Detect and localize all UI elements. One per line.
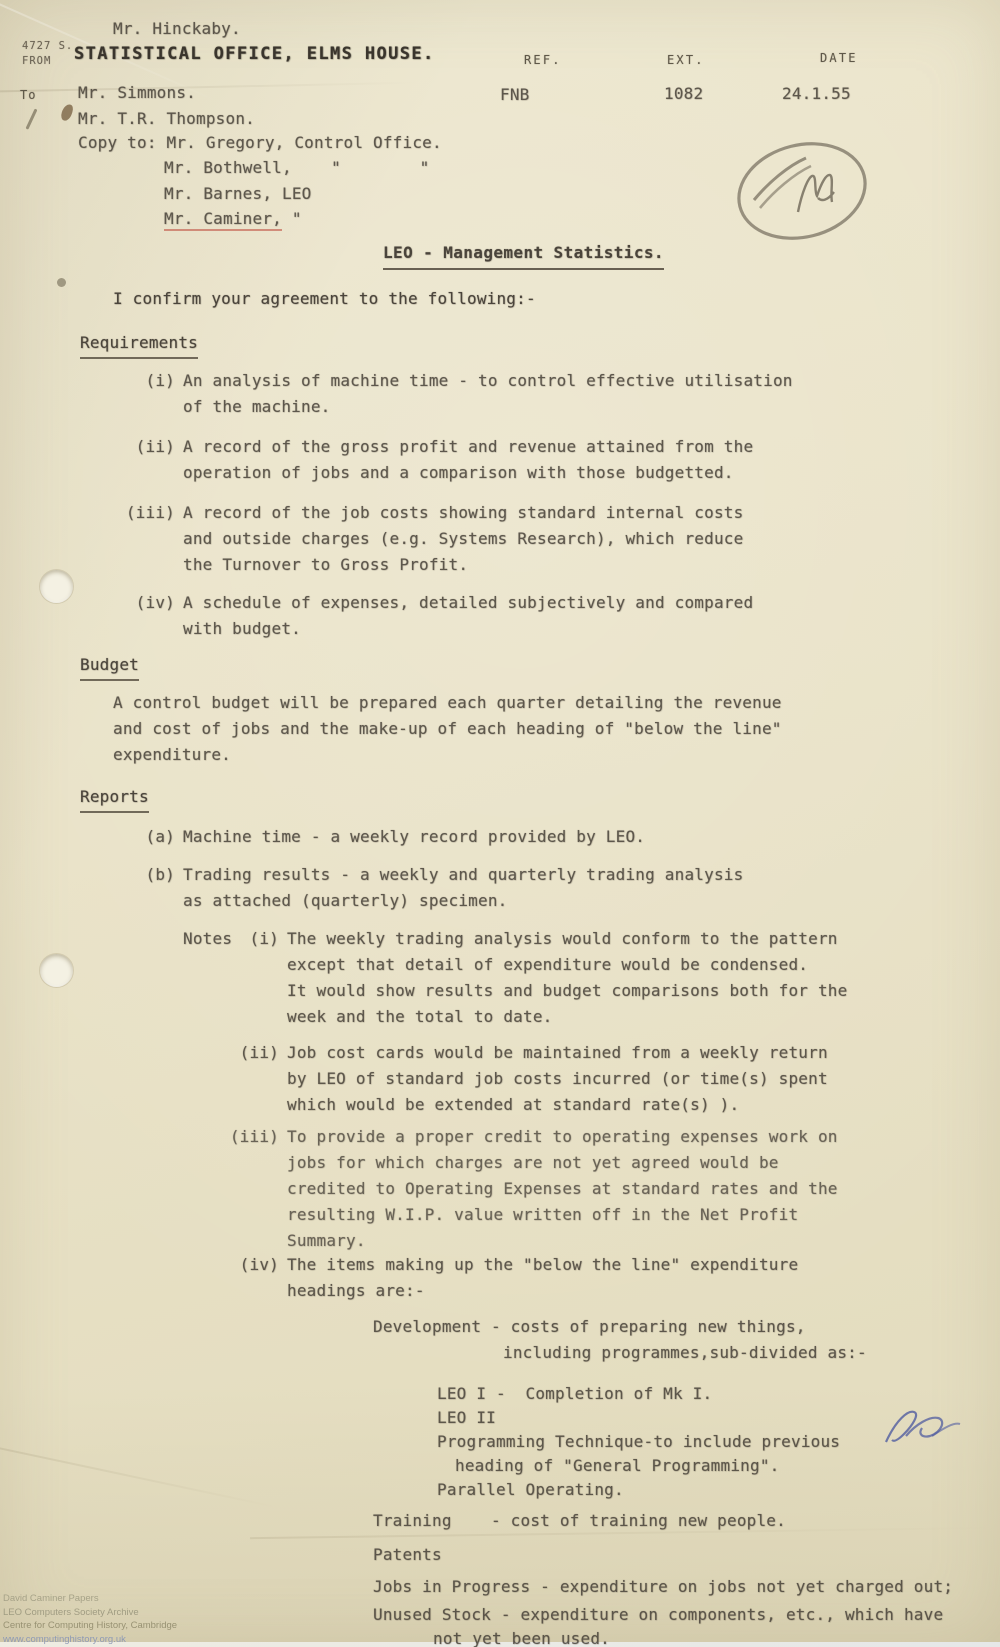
intro-line: I confirm your agreement to the followin… xyxy=(113,286,536,312)
text-line: expenditure. xyxy=(113,742,782,768)
text-line: jobs for which charges are not yet agree… xyxy=(287,1150,838,1176)
document-title: LEO - Management Statistics. xyxy=(383,240,664,270)
text-line: Development - costs of preparing new thi… xyxy=(373,1314,867,1340)
archive-watermark: David Caminer Papers LEO Computers Socie… xyxy=(3,1592,177,1646)
text-line: resulting W.I.P. value written off in th… xyxy=(287,1202,838,1228)
ref-label: REF. xyxy=(524,53,562,67)
text-line: operation of jobs and a comparison with … xyxy=(183,460,753,486)
text-line: which would be extended at standard rate… xyxy=(287,1092,828,1118)
item-label: (ii) xyxy=(123,434,175,486)
ext-label: EXT. xyxy=(667,53,705,67)
watermark-line: www.computinghistory.org.uk xyxy=(3,1633,177,1647)
small-stain xyxy=(57,278,66,287)
item-text: Trading results - a weekly and quarterly… xyxy=(183,862,743,914)
punch-hole xyxy=(40,570,73,603)
item-label: (i) xyxy=(123,368,175,420)
requirement-item: (iv) A schedule of expenses, detailed su… xyxy=(123,590,753,642)
watermark-line: Centre for Computing History, Cambridge xyxy=(3,1619,177,1633)
item-text: Machine time - a weekly record provided … xyxy=(183,824,645,850)
ink-blot-stain xyxy=(60,103,75,122)
text-line: week and the total to date. xyxy=(287,1004,847,1030)
item-text: The weekly trading analysis would confor… xyxy=(287,926,847,1030)
office-title: STATISTICAL OFFICE, ELMS HOUSE. xyxy=(74,44,435,64)
pencil-tick-mark xyxy=(25,109,37,130)
watermark-line: LEO Computers Society Archive xyxy=(3,1606,177,1620)
requirement-item: (iii) A record of the job costs showing … xyxy=(123,500,743,578)
text-line: To provide a proper credit to operating … xyxy=(287,1124,838,1150)
budget-paragraph: A control budget will be prepared each q… xyxy=(113,690,782,768)
item-label: (a) xyxy=(123,824,175,850)
development-block: Development - costs of preparing new thi… xyxy=(373,1314,867,1366)
item-text: A record of the job costs showing standa… xyxy=(183,500,743,578)
recipient-name: Mr. Simmons. xyxy=(78,80,196,106)
ditto-mark: " xyxy=(282,209,302,228)
requirement-item: (i) An analysis of machine time - to con… xyxy=(123,368,793,420)
text-line: with budget. xyxy=(183,616,753,642)
item-label: (iv) xyxy=(227,1252,279,1304)
item-text: A record of the gross profit and revenue… xyxy=(183,434,753,486)
text-line: Parallel Operating. xyxy=(437,1478,840,1502)
text-line: and outside charges (e.g. Systems Resear… xyxy=(183,526,743,552)
to-label: To xyxy=(20,88,36,102)
item-label: (iii) xyxy=(123,500,175,578)
leo-subdivision-list: LEO I - Completion of Mk I. LEO II Progr… xyxy=(437,1382,840,1502)
copy-recipient-underlined: Mr. Caminer, " xyxy=(164,206,302,232)
form-number: 4727 S. xyxy=(22,40,73,52)
note-item: (iii) To provide a proper credit to oper… xyxy=(227,1124,838,1254)
item-label: (iii) xyxy=(227,1124,279,1254)
text-line: A control budget will be prepared each q… xyxy=(113,690,782,716)
text-line: the Turnover to Gross Profit. xyxy=(183,552,743,578)
unused-stock-line: not yet been used. xyxy=(433,1626,610,1647)
training-line: Training - cost of training new people. xyxy=(373,1508,786,1534)
pencil-monogram-icon xyxy=(714,134,884,249)
note-item: (i) The weekly trading analysis would co… xyxy=(227,926,847,1030)
text-line: A record of the gross profit and revenue… xyxy=(183,434,753,460)
text-line: except that detail of expenditure would … xyxy=(287,952,847,978)
item-label: (b) xyxy=(123,862,175,914)
item-text: To provide a proper credit to operating … xyxy=(287,1124,838,1254)
text-line: A schedule of expenses, detailed subject… xyxy=(183,590,753,616)
memo-page: Mr. Hinckaby. 4727 S. FROM STATISTICAL O… xyxy=(0,0,1000,1647)
addressee-note: Mr. Hinckaby. xyxy=(113,16,241,42)
date-value: 24.1.55 xyxy=(782,81,851,107)
item-text: Job cost cards would be maintained from … xyxy=(287,1040,828,1118)
report-item: (b) Trading results - a weekly and quart… xyxy=(123,862,743,914)
notes-label: Notes xyxy=(183,926,232,952)
item-text: A schedule of expenses, detailed subject… xyxy=(183,590,753,642)
unused-stock-line: Unused Stock - expenditure on components… xyxy=(373,1602,943,1628)
text-line: heading of "General Programming". xyxy=(455,1454,840,1478)
text-line: by LEO of standard job costs incurred (o… xyxy=(287,1066,828,1092)
text-line: of the machine. xyxy=(183,394,793,420)
text-line: as attached (quarterly) specimen. xyxy=(183,888,743,914)
copy-recipient: Mr. Bothwell, " " xyxy=(164,155,430,181)
ext-value: 1082 xyxy=(664,81,703,107)
text-line: Machine time - a weekly record provided … xyxy=(183,824,645,850)
copy-to-line: Copy to: Mr. Gregory, Control Office. xyxy=(78,130,442,156)
note-item: (ii) Job cost cards would be maintained … xyxy=(227,1040,828,1118)
section-heading-requirements: Requirements xyxy=(80,330,198,359)
text-line: An analysis of machine time - to control… xyxy=(183,368,793,394)
copy-recipient: Mr. Barnes, LEO xyxy=(164,181,312,207)
report-item: (a) Machine time - a weekly record provi… xyxy=(123,824,645,850)
requirement-item: (ii) A record of the gross profit and re… xyxy=(123,434,753,486)
date-label: DATE xyxy=(820,51,858,65)
from-label: FROM xyxy=(22,55,51,67)
text-line: including programmes,sub-divided as:- xyxy=(503,1340,867,1366)
text-line: headings are:- xyxy=(287,1278,798,1304)
text-line: It would show results and budget compari… xyxy=(287,978,847,1004)
section-heading-budget: Budget xyxy=(80,652,139,681)
item-label: (ii) xyxy=(227,1040,279,1118)
text-line: Programming Technique-to include previou… xyxy=(437,1430,840,1454)
text-line: The items making up the "below the line"… xyxy=(287,1252,798,1278)
ink-initials-icon xyxy=(872,1390,972,1456)
item-text: The items making up the "below the line"… xyxy=(287,1252,798,1304)
text-line: LEO I - Completion of Mk I. xyxy=(437,1382,840,1406)
copy-recipient-name: Mr. Caminer, xyxy=(164,209,282,231)
item-label: (iv) xyxy=(123,590,175,642)
item-label: (i) xyxy=(227,926,279,1030)
text-line: A record of the job costs showing standa… xyxy=(183,500,743,526)
item-text: An analysis of machine time - to control… xyxy=(183,368,793,420)
second-recipient: Mr. T.R. Thompson. xyxy=(78,106,255,132)
patents-line: Patents xyxy=(373,1542,442,1568)
paper-crease xyxy=(0,82,420,93)
text-line: credited to Operating Expenses at standa… xyxy=(287,1176,838,1202)
text-line: LEO II xyxy=(437,1406,840,1430)
paper-crease xyxy=(0,1444,277,1508)
punch-hole xyxy=(40,954,73,987)
text-line: Summary. xyxy=(287,1228,838,1254)
text-line: The weekly trading analysis would confor… xyxy=(287,926,847,952)
note-item: (iv) The items making up the "below the … xyxy=(227,1252,798,1304)
jobs-in-progress-line: Jobs in Progress - expenditure on jobs n… xyxy=(373,1574,953,1600)
watermark-line: David Caminer Papers xyxy=(3,1592,177,1606)
text-line: Job cost cards would be maintained from … xyxy=(287,1040,828,1066)
ref-value: FNB xyxy=(500,82,530,108)
text-line: and cost of jobs and the make-up of each… xyxy=(113,716,782,742)
section-heading-reports: Reports xyxy=(80,784,149,813)
text-line: Trading results - a weekly and quarterly… xyxy=(183,862,743,888)
